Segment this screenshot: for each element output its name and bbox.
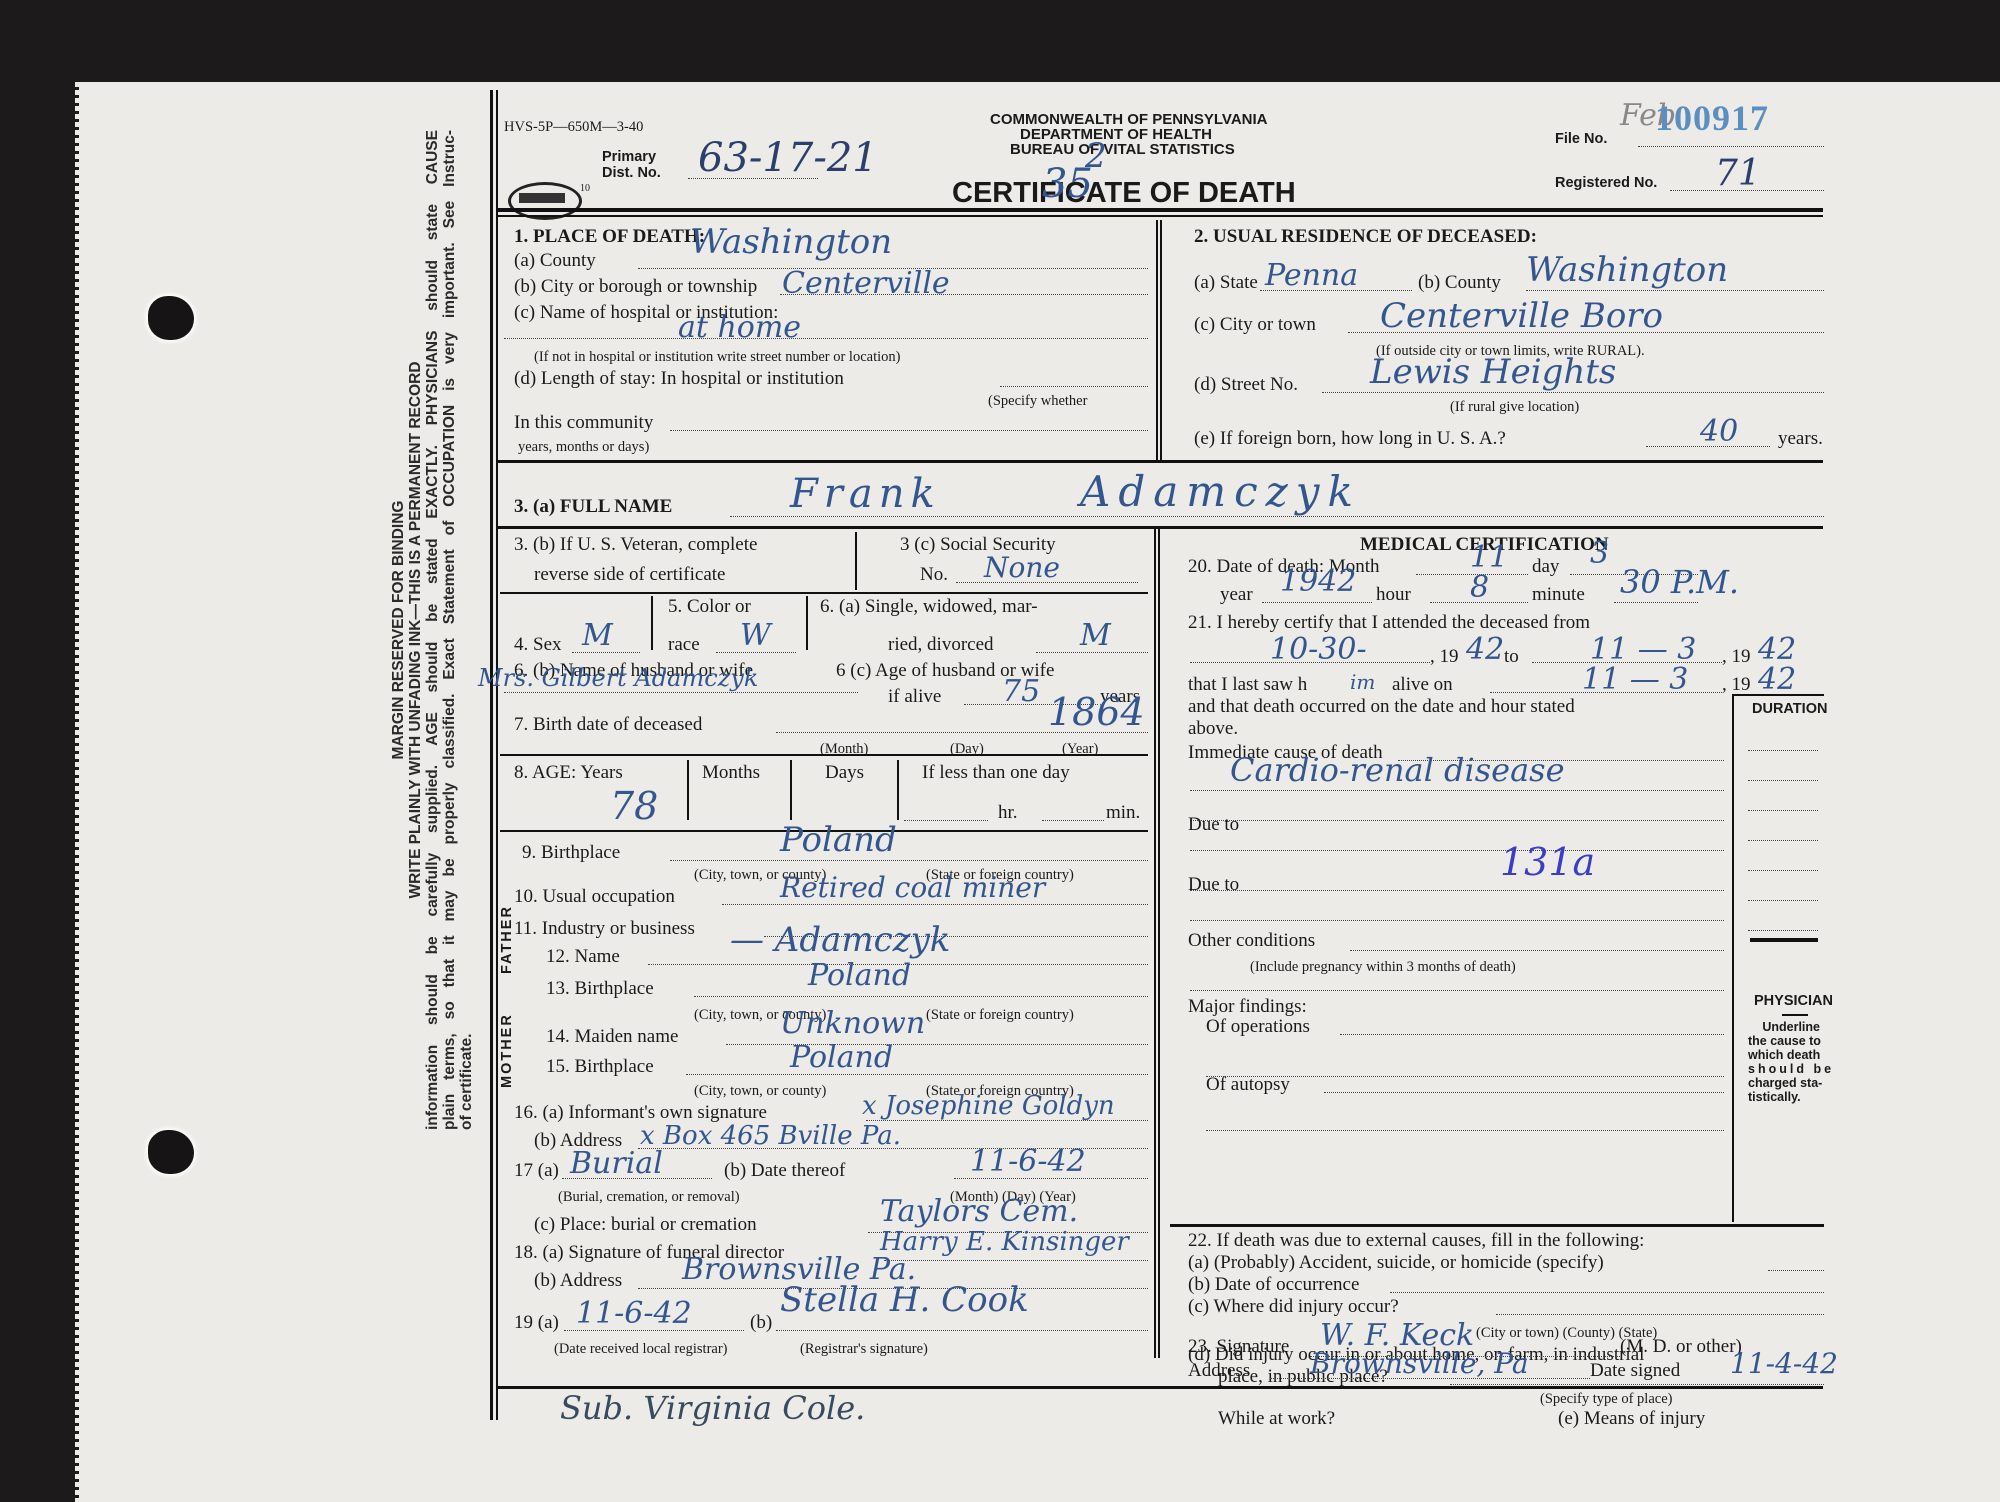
foreign-born-label: (e) If foreign born, how long in U. S. A… <box>1194 428 1506 450</box>
divider <box>1156 220 1158 460</box>
physician-note: the cause to <box>1748 1034 1821 1048</box>
while-at-work-label: While at work? <box>1218 1408 1335 1430</box>
substitute-registrar-note: Sub. Virginia Cole. <box>560 1392 865 1424</box>
physician-address-value[interactable]: Brownsville, Pa <box>1310 1348 1529 1380</box>
informant-address-value[interactable]: x Box 465 Bville Pa. <box>640 1120 901 1152</box>
duration-line <box>1748 930 1818 931</box>
registrar-hint: (Registrar's signature) <box>800 1338 928 1360</box>
hr-label: hr. <box>998 802 1018 824</box>
burial-place-label: (c) Place: burial or cremation <box>534 1214 757 1236</box>
burial-place-value[interactable]: Taylors Cem. <box>880 1196 1078 1228</box>
divider <box>806 596 808 650</box>
father-birthplace-value[interactable]: Poland <box>808 960 911 992</box>
cause-line <box>1190 890 1724 891</box>
full-name-label: 3. (a) FULL NAME <box>514 496 672 518</box>
margin-line: plain terms, so that it may be properly … <box>441 130 458 1130</box>
file-no-value[interactable]: 100917 <box>1655 102 1769 134</box>
death-minute-line <box>1614 602 1698 603</box>
registrar-signature-label: (b) <box>750 1312 772 1334</box>
disposition-date-label: (b) Date thereof <box>724 1160 845 1182</box>
frame-line <box>490 90 493 1420</box>
row-rule <box>500 592 1148 594</box>
day-hint: (Day) <box>950 738 984 760</box>
registrar-signature-line <box>776 1330 1148 1331</box>
street-label: (d) Street No. <box>1194 374 1298 396</box>
age-years-value[interactable]: 78 <box>610 790 658 822</box>
death-minute-value[interactable]: 30 P.M. <box>1620 566 1739 598</box>
residence-city-value[interactable]: Centerville Boro <box>1380 300 1663 332</box>
date-signed-value[interactable]: 11-4-42 <box>1730 1348 1838 1380</box>
external-c-line <box>1496 1314 1824 1315</box>
veteran-label: reverse side of certificate <box>534 564 725 586</box>
agency-line: BUREAU OF VITAL STATISTICS <box>1010 142 1235 158</box>
divider <box>790 760 792 820</box>
physician-note: which death <box>1748 1048 1820 1062</box>
stay-line <box>1000 386 1148 387</box>
margin-annotation: 2 <box>1085 140 1107 172</box>
sex-label: 4. Sex <box>514 634 562 656</box>
residence-county-value[interactable]: Washington <box>1526 254 1728 286</box>
industry-label: 11. Industry or business <box>514 918 695 940</box>
birthplace-line <box>670 860 1148 861</box>
form-code: HVS-5P—650M—3-40 <box>504 116 643 138</box>
physician-note: tistically. <box>1748 1090 1801 1104</box>
registrar-date-value[interactable]: 11-6-42 <box>576 1298 692 1330</box>
external-d-hint: (Specify type of place) <box>1540 1388 1672 1410</box>
father-name-label: 12. Name <box>546 946 620 968</box>
less-day-label: If less than one day <box>922 762 1070 784</box>
full-name-first[interactable]: Frank <box>790 478 941 510</box>
father-birthplace-label: 13. Birthplace <box>546 978 654 1000</box>
margin-line: information should be carefully supplied… <box>424 130 441 1130</box>
registrar-date-label: 19 (a) <box>514 1312 559 1334</box>
md-label: (M. D. or other) <box>1620 1336 1742 1358</box>
duration-divider <box>1732 694 1734 1222</box>
street-note: (If rural give location) <box>1450 396 1579 418</box>
external-d-line <box>1450 1384 1824 1385</box>
margin-line: MARGIN RESERVED FOR BINDING <box>390 130 407 1130</box>
external-b-label: (b) Date of occurrence <box>1188 1274 1359 1296</box>
disposition-date-value[interactable]: 11-6-42 <box>970 1146 1086 1178</box>
birthplace-value[interactable]: Poland <box>780 824 897 856</box>
funeral-address-label: (b) Address <box>534 1270 622 1292</box>
column-divider <box>1158 528 1160 1358</box>
death-day-label: day <box>1532 556 1559 578</box>
month-hint: (Month) <box>820 738 868 760</box>
autopsy-line <box>1206 1130 1724 1131</box>
year-prefix: , 19 <box>1722 674 1751 696</box>
age-label: 8. AGE: Years <box>514 762 623 784</box>
registrar-signature[interactable]: Stella H. Cook <box>780 1284 1029 1316</box>
hr-line <box>904 820 988 821</box>
punch-hole <box>148 296 194 340</box>
frame-line <box>496 90 498 1420</box>
physician-heading: PHYSICIAN <box>1754 990 1833 1012</box>
spouse-value[interactable]: Mrs. Gilbert Adamczyk <box>478 662 758 694</box>
death-minute-label: minute <box>1532 584 1585 606</box>
residence-street-value[interactable]: Lewis Heights <box>1370 356 1616 388</box>
community-label: In this community <box>514 412 653 434</box>
months-label: Months <box>702 762 760 784</box>
county-label: (a) County <box>514 250 596 272</box>
physician-note: Underline <box>1750 1020 1820 1034</box>
full-name-last[interactable]: Adamczyk <box>1080 476 1361 508</box>
foreign-born-years[interactable]: 40 <box>1700 416 1738 448</box>
duration-line <box>1748 810 1818 811</box>
cause-code[interactable]: 131a <box>1500 846 1595 878</box>
years-label: years. <box>1778 428 1823 450</box>
external-a-line <box>1768 1270 1824 1271</box>
autopsy-line <box>1324 1092 1724 1093</box>
physician-signature-label: 23. Signature <box>1188 1336 1289 1358</box>
header-rule <box>498 215 1823 217</box>
marital-value[interactable]: M <box>1080 620 1111 652</box>
community-note: years, months or days) <box>518 436 649 458</box>
external-c-label: (c) Where did injury occur? <box>1188 1296 1399 1318</box>
dist-no-label: Dist. No. <box>602 162 661 184</box>
race-value[interactable]: W <box>740 620 771 652</box>
duration-line <box>1748 840 1818 841</box>
margin-line: WRITE PLAINLY WITH UNFADING INK—THIS IS … <box>407 130 424 1130</box>
min-label: min. <box>1106 802 1140 824</box>
date-signed-label: Date signed <box>1590 1360 1680 1382</box>
death-county-value[interactable]: Washington <box>690 226 892 258</box>
ssn-value[interactable]: None <box>984 552 1060 584</box>
last-saw-value[interactable]: 11 — 3 <box>1582 664 1688 696</box>
funeral-director-signature[interactable]: Harry E. Kinsinger <box>880 1226 1129 1258</box>
veteran-label: 3. (b) If U. S. Veteran, complete <box>514 534 757 556</box>
row-rule <box>500 754 1148 756</box>
binding-margin-instructions: MARGIN RESERVED FOR BINDING WRITE PLAINL… <box>390 130 475 1130</box>
due-to-label: Due to <box>1188 874 1239 896</box>
year-hint: (Year) <box>1062 738 1098 760</box>
section-rule <box>1170 1224 1824 1227</box>
document-title: CERTIFICATE OF DEATH <box>952 176 1296 210</box>
informant-signature[interactable]: x Josephine Goldyn <box>862 1090 1115 1122</box>
mother-birthplace-value[interactable]: Poland <box>790 1042 893 1074</box>
duration-rule <box>1750 938 1818 942</box>
death-year-label: year <box>1220 584 1253 606</box>
cause-line <box>1190 850 1724 851</box>
duration-line <box>1748 780 1818 781</box>
disposition-hint: (Burial, cremation, or removal) <box>558 1186 740 1208</box>
occupation-value[interactable]: Retired coal miner <box>780 872 1045 904</box>
city-hint: (City, town, or county) <box>694 1080 826 1102</box>
ssn-no-label: No. <box>920 564 948 586</box>
other-conditions-note: (Include pregnancy within 3 months of de… <box>1250 956 1516 978</box>
father-tag: FATHER <box>496 905 518 974</box>
means-label: (e) Means of injury <box>1558 1408 1705 1430</box>
race-label: race <box>668 634 700 656</box>
operations-line <box>1340 1034 1724 1035</box>
alive-on-label: alive on <box>1392 674 1453 696</box>
other-conditions-label: Other conditions <box>1188 930 1315 952</box>
marital-label: 6. (a) Single, widowed, mar- <box>820 596 1038 618</box>
birthplace-label: 9. Birthplace <box>522 842 620 864</box>
disposition-label: 17 (a) <box>514 1160 559 1182</box>
certify-label: 21. I hereby certify that I attended the… <box>1188 612 1590 634</box>
duration-line <box>1748 870 1818 871</box>
min-line <box>1042 820 1104 821</box>
attended-from-value[interactable]: 10-30- <box>1270 634 1367 666</box>
dist-no-value[interactable]: 63-17-21 <box>698 142 878 174</box>
stay-note: (Specify whether <box>988 390 1087 412</box>
cause-line <box>1190 820 1724 821</box>
cause-line <box>1190 790 1724 791</box>
days-label: Days <box>825 762 864 784</box>
last-saw-year[interactable]: 42 <box>1758 664 1796 696</box>
death-year-line <box>1262 602 1372 603</box>
external-heading: 22. If death was due to external causes,… <box>1188 1230 1644 1252</box>
mother-maiden-label: 14. Maiden name <box>546 1026 678 1048</box>
physician-note: charged sta- <box>1748 1076 1822 1090</box>
column-divider <box>1154 528 1156 1358</box>
due-to-label: Due to <box>1188 814 1239 836</box>
external-b-line <box>1390 1292 1824 1293</box>
to-label: to <box>1504 646 1519 668</box>
registered-no-label: Registered No. <box>1555 172 1657 194</box>
divider <box>1160 220 1162 460</box>
race-label: 5. Color or <box>668 596 751 618</box>
duration-line <box>1748 900 1818 901</box>
margin-line: of certificate. <box>458 130 475 1130</box>
operations-label: Of operations <box>1206 1016 1310 1038</box>
autopsy-label: Of autopsy <box>1206 1074 1290 1096</box>
year-prefix: , 19 <box>1722 646 1751 668</box>
file-no-line <box>1638 146 1824 147</box>
immediate-cause-value[interactable]: Cardio-renal disease <box>1230 754 1565 786</box>
street-line <box>1322 392 1824 393</box>
physician-rule <box>1782 1014 1808 1016</box>
year-prefix: , 19 <box>1430 646 1459 668</box>
death-day-value[interactable]: 3 <box>1590 538 1609 570</box>
father-name-value[interactable]: — Adamczyk <box>730 924 950 956</box>
attended-from-year[interactable]: 42 <box>1466 634 1504 666</box>
residence-county-label: (b) County <box>1418 272 1501 294</box>
external-a-label: (a) (Probably) Accident, suicide, or hom… <box>1188 1252 1604 1274</box>
mother-maiden-value[interactable]: Unknown <box>780 1008 925 1040</box>
spouse-age-value[interactable]: 75 <box>1002 676 1040 708</box>
residence-state-value[interactable]: Penna <box>1265 260 1358 292</box>
findings-line <box>1190 990 1724 991</box>
birth-year-value[interactable]: 1864 <box>1048 696 1145 728</box>
state-hint: (State or foreign country) <box>926 1004 1074 1026</box>
file-no-label: File No. <box>1555 128 1607 150</box>
findings-label: Major findings: <box>1188 996 1307 1018</box>
registrar-date-hint: (Date received local registrar) <box>554 1338 728 1360</box>
state-label: (a) State <box>1194 272 1258 294</box>
occurred-label: above. <box>1188 718 1238 740</box>
physician-note: should be <box>1748 1062 1834 1076</box>
section-rule <box>498 460 1823 463</box>
registered-no-value[interactable]: 71 <box>1715 158 1761 190</box>
mother-birthplace-line <box>686 1074 1148 1075</box>
death-certificate-form: HVS-5P—650M—3-40 Primary Dist. No. 63-17… <box>490 90 1895 1420</box>
duration-label: DURATION <box>1752 698 1827 720</box>
cause-line <box>1190 920 1724 921</box>
section-rule <box>498 526 1823 529</box>
divider <box>687 760 689 820</box>
spouse-age-label: if alive <box>888 686 941 708</box>
stay-label: (d) Length of stay: In hospital or insti… <box>514 368 844 390</box>
duration-rule <box>1732 694 1824 696</box>
disposition-value[interactable]: Burial <box>570 1148 663 1180</box>
residence-heading: 2. USUAL RESIDENCE OF DECEASED: <box>1194 226 1537 248</box>
community-line <box>670 430 1148 431</box>
hospital-value[interactable]: at home <box>678 312 801 344</box>
occurred-label: and that death occurred on the date and … <box>1188 696 1575 718</box>
duration-line <box>1748 750 1818 751</box>
occupation-line <box>722 904 1148 905</box>
city-label: (b) City or borough or township <box>514 276 757 298</box>
header-rule <box>498 208 1823 212</box>
hospital-line <box>504 338 1148 339</box>
last-saw-label: that I last saw h <box>1188 674 1307 696</box>
hospital-note: (If not in hospital or institution write… <box>534 346 900 368</box>
divider <box>651 596 653 650</box>
father-birthplace-line <box>694 996 1148 997</box>
funeral-director-line <box>884 1260 1148 1261</box>
divider <box>897 760 899 820</box>
occupation-label: 10. Usual occupation <box>514 886 675 908</box>
marital-label: ried, divorced <box>888 634 994 656</box>
divider <box>855 532 857 590</box>
death-year-value[interactable]: 1942 <box>1280 566 1356 598</box>
death-city-value[interactable]: Centerville <box>782 268 950 300</box>
mother-tag: MOTHER <box>496 1013 518 1088</box>
death-hour-value[interactable]: 8 <box>1470 572 1489 604</box>
punch-hole <box>148 1130 194 1174</box>
physician-address-label: Address <box>1188 1360 1250 1382</box>
other-conditions-line <box>1350 950 1724 951</box>
sex-value[interactable]: M <box>582 620 613 652</box>
last-saw-pronoun[interactable]: im <box>1350 666 1375 698</box>
death-hour-label: hour <box>1376 584 1411 606</box>
paper-edge <box>75 82 79 1502</box>
residence-city-label: (c) City or town <box>1194 314 1316 336</box>
place-of-death-heading: 1. PLACE OF DEATH: <box>514 226 705 248</box>
birth-date-label: 7. Birth date of deceased <box>514 714 702 736</box>
union-label-number: 10 <box>580 178 590 200</box>
residence-county-line <box>1526 290 1824 291</box>
mother-birthplace-label: 15. Birthplace <box>546 1056 654 1078</box>
